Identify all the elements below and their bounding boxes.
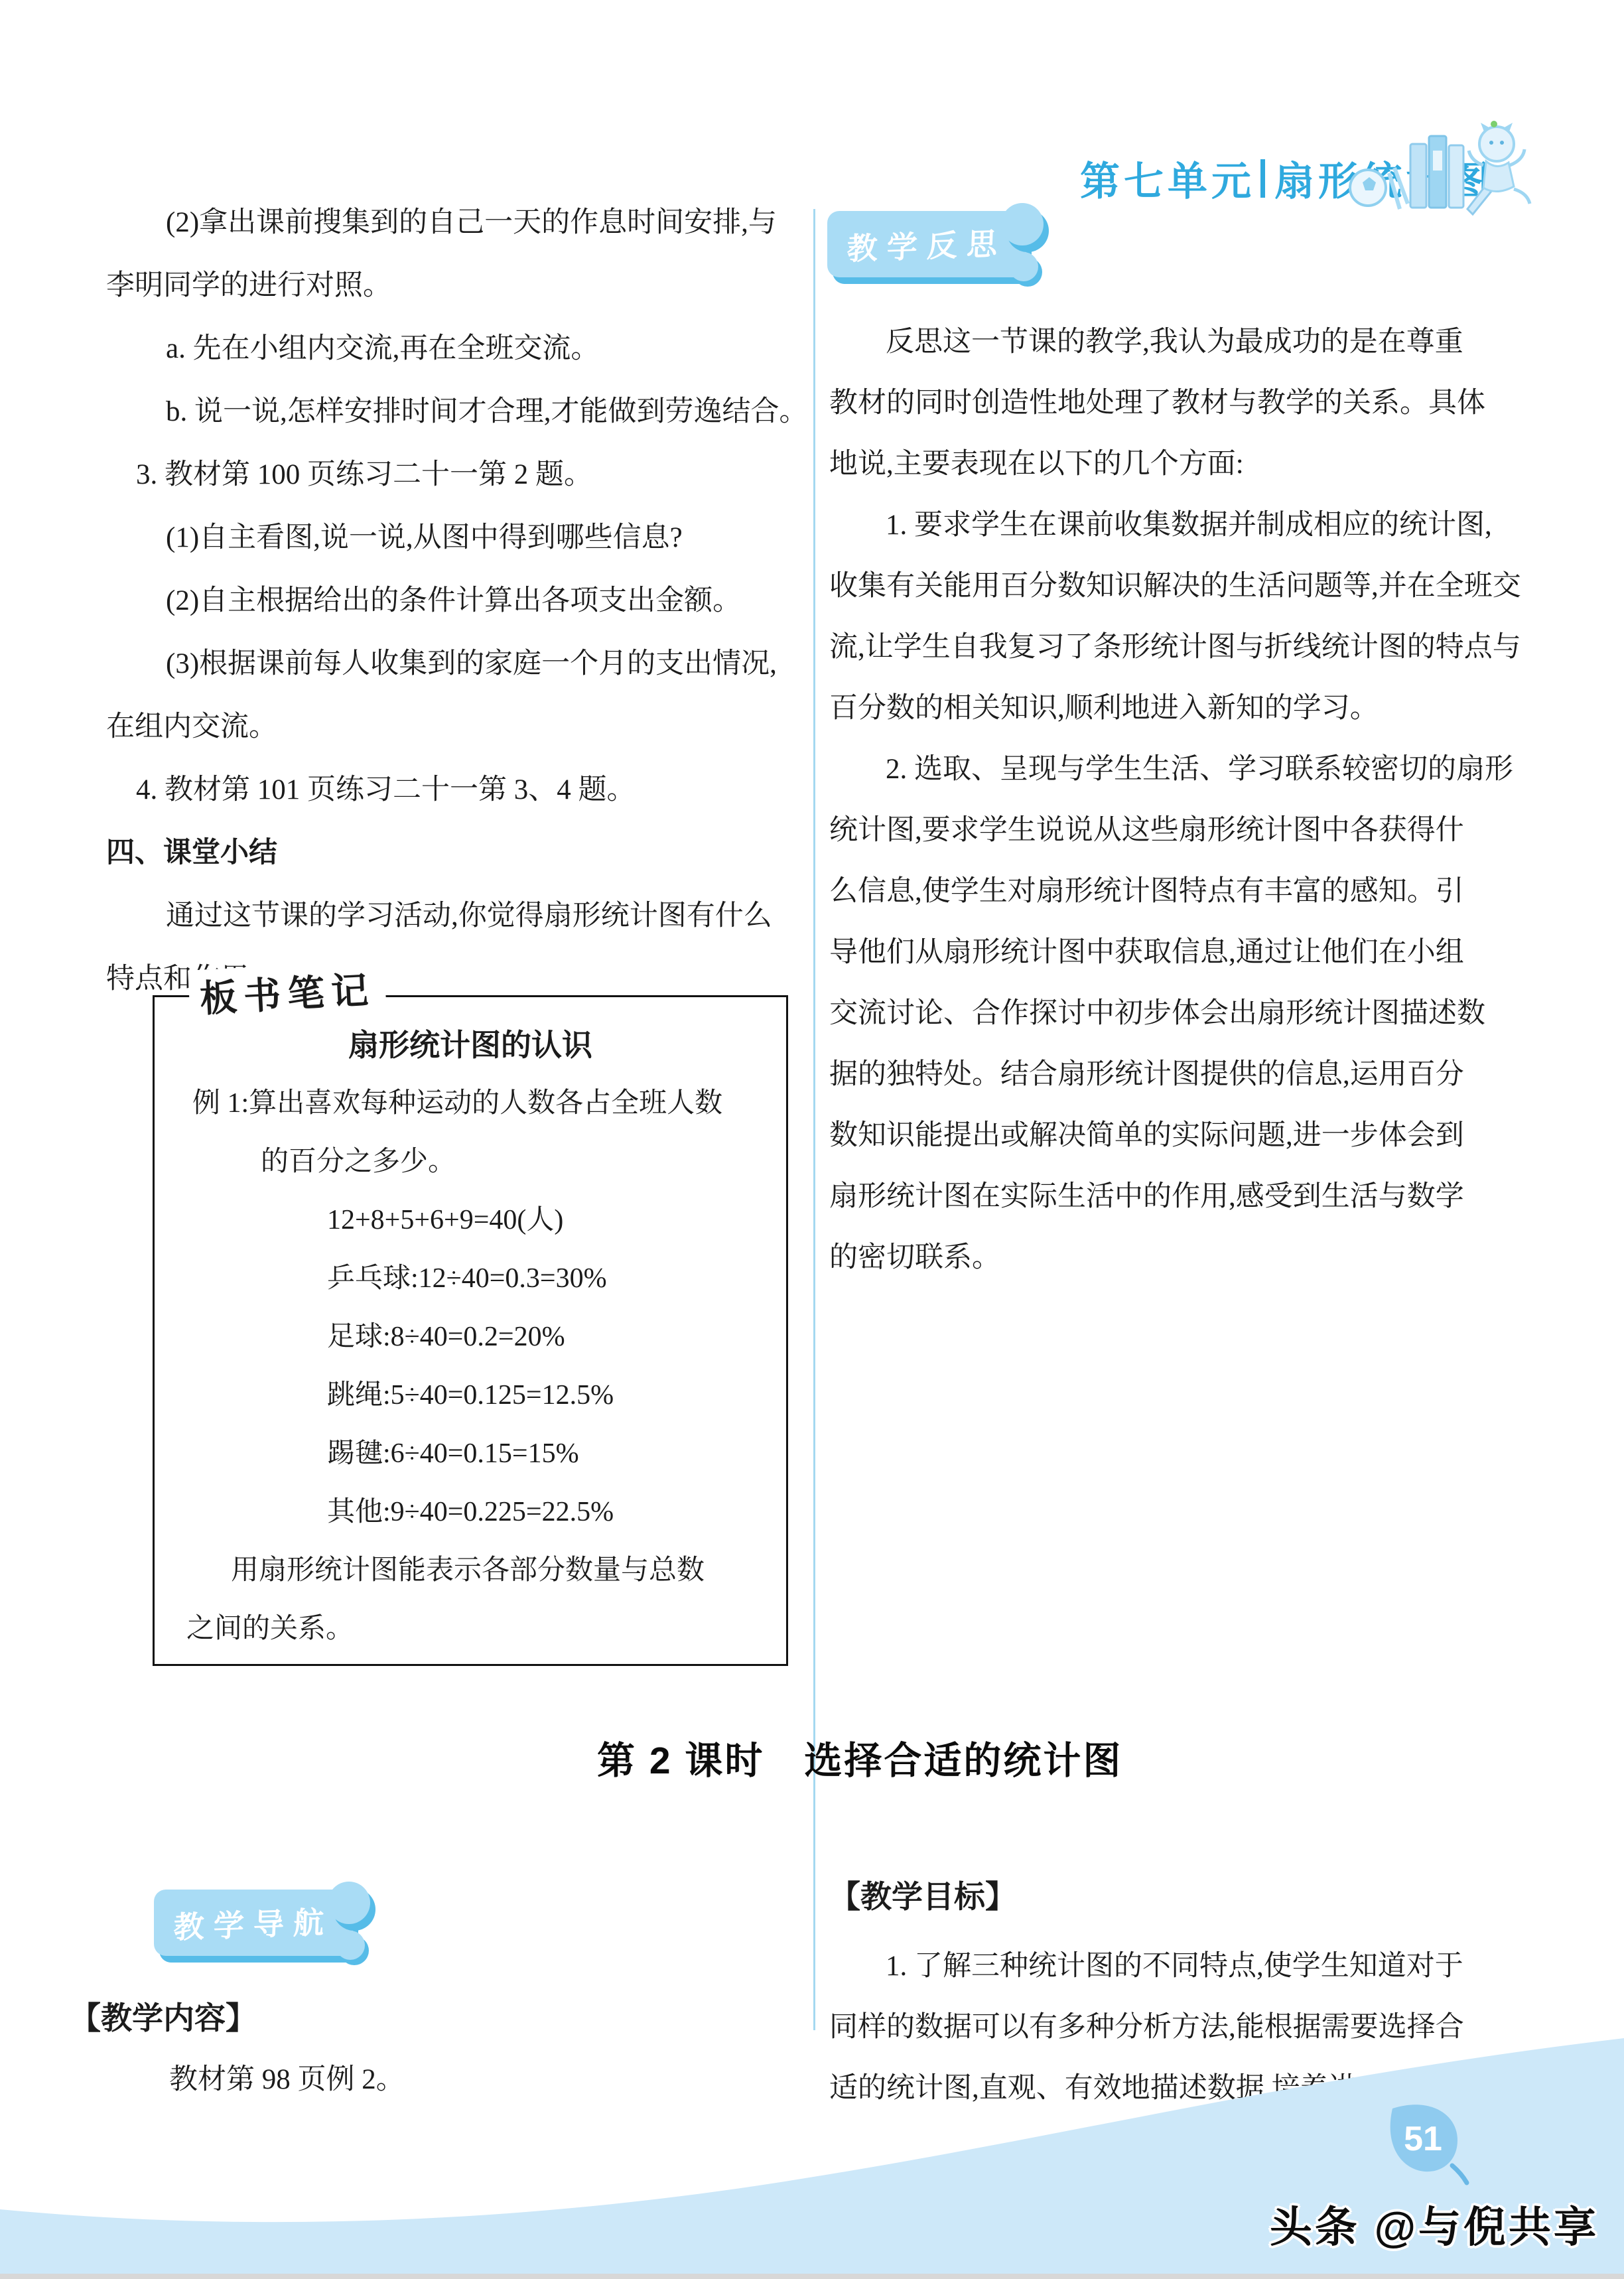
text-line: 收集有关能用百分数知识解决的生活问题等,并在全班交 (829, 556, 1572, 617)
text-line: 通过这节课的学习活动,你觉得扇形统计图有什么 (63, 884, 793, 947)
text-line: 李明同学的进行对照。 (63, 254, 793, 317)
reflection-badge-label: 教学反思 (846, 220, 1008, 269)
board-note-line: 踢毽:6÷40=0.15=15% (155, 1424, 786, 1483)
left-column: (2)拿出课前搜集到的自己一天的作息时间安排,与 李明同学的进行对照。 a. 先… (63, 191, 793, 1010)
mascot-illustration (1347, 109, 1532, 222)
text-line: 的密切联系。 (829, 1227, 1572, 1288)
objectives-heading: 【教学目标】 (829, 1872, 1016, 1917)
text-line: 数知识能提出或解决简单的实际问题,进一步体会到 (829, 1105, 1572, 1166)
board-note-line: 跳绳:5÷40=0.125=12.5% (155, 1366, 786, 1424)
text-line: 2. 选取、呈现与学生生活、学习联系较密切的扇形 (829, 739, 1572, 800)
text-line: 在组内交流。 (63, 695, 793, 758)
text-line: 交流讨论、合作探讨中初步体会出扇形统计图描述数 (829, 983, 1572, 1044)
lesson-title: 第 2 课时 选择合适的统计图 (597, 1730, 1122, 1785)
text-line: 1. 了解三种统计图的不同特点,使学生知道对于 (829, 1936, 1572, 1997)
page-number-leaf: 51 (1383, 2102, 1476, 2188)
board-note-line: 之间的关系。 (155, 1600, 786, 1658)
board-note-line: 用扇形统计图能表示各部分数量与总数 (155, 1541, 786, 1600)
text-line: 1. 要求学生在课前收集数据并制成相应的统计图, (829, 495, 1572, 556)
textbook-page: 第七单元 扇形统计图 (2)拿出课前搜集到的自己一天的作息时间安排,与 李明同学… (0, 0, 1624, 2279)
text-line: (2)自主根据给出的条件计算出各项支出金额。 (63, 569, 793, 632)
text-line: (2)拿出课前搜集到的自己一天的作息时间安排,与 (63, 191, 793, 254)
board-notes-label: 板书笔记 (188, 960, 387, 1023)
board-note-line: 足球:8÷40=0.2=20% (155, 1308, 786, 1366)
watermark-text: 头条 @与倪共享 (1270, 2193, 1599, 2254)
bottom-edge-strip (0, 2274, 1624, 2279)
text-line: b. 说一说,怎样安排时间才合理,才能做到劳逸结合。 (63, 380, 793, 443)
reflection-badge: 教学反思 (827, 211, 1026, 277)
board-note-line: 其他:9÷40=0.225=22.5% (155, 1483, 786, 1541)
text-line: 统计图,要求学生说说从这些扇形统计图中各获得什 (829, 800, 1572, 861)
board-note-line: 乒乓球:12÷40=0.3=30% (155, 1249, 786, 1308)
page-number: 51 (1383, 2119, 1463, 2159)
unit-label: 第七单元 (1080, 150, 1255, 207)
board-note-line: 例 1:算出喜欢每种运动的人数各占全班人数 (155, 1074, 786, 1133)
navigation-badge: 教学导航 (154, 1890, 353, 1956)
text-line: 反思这一节课的教学,我认为最成功的是在尊重 (829, 312, 1572, 373)
text-line: 4. 教材第 101 页练习二十一第 3、4 题。 (63, 758, 793, 821)
text-line: (1)自主看图,说一说,从图中得到哪些信息? (63, 506, 793, 569)
text-line: 么信息,使学生对扇形统计图特点有丰富的感知。引 (829, 861, 1572, 922)
text-line: 地说,主要表现在以下的几个方面: (829, 434, 1572, 495)
text-line: 流,让学生自我复习了条形统计图与折线统计图的特点与 (829, 617, 1572, 678)
text-line: 教材的同时创造性地处理了教材与教学的关系。具体 (829, 373, 1572, 434)
header-separator (1260, 159, 1265, 198)
reflection-paragraph: 反思这一节课的教学,我认为最成功的是在尊重 教材的同时创造性地处理了教材与教学的… (829, 312, 1572, 1288)
section-heading: 四、课堂小结 (63, 821, 793, 884)
board-note-line: 12+8+5+6+9=40(人) (155, 1191, 786, 1249)
text-line: 3. 教材第 100 页练习二十一第 2 题。 (63, 443, 793, 506)
text-line: 据的独特处。结合扇形统计图提供的信息,运用百分 (829, 1044, 1572, 1105)
board-note-line: 的百分之多少。 (155, 1133, 786, 1191)
text-line: (3)根据课前每人收集到的家庭一个月的支出情况, (63, 632, 793, 695)
board-notes-title: 扇形统计图的认识 (155, 1016, 786, 1074)
text-line: a. 先在小组内交流,再在全班交流。 (63, 317, 793, 380)
text-line: 导他们从扇形统计图中获取信息,通过让他们在小组 (829, 922, 1572, 983)
board-notes-box: 板书笔记 扇形统计图的认识 例 1:算出喜欢每种运动的人数各占全班人数 的百分之… (153, 995, 788, 1666)
navigation-badge-label: 教学导航 (173, 1898, 334, 1947)
text-line: 扇形统计图在实际生活中的作用,感受到生活与数学 (829, 1166, 1572, 1227)
text-line: 百分数的相关知识,顺利地进入新知的学习。 (829, 678, 1572, 739)
